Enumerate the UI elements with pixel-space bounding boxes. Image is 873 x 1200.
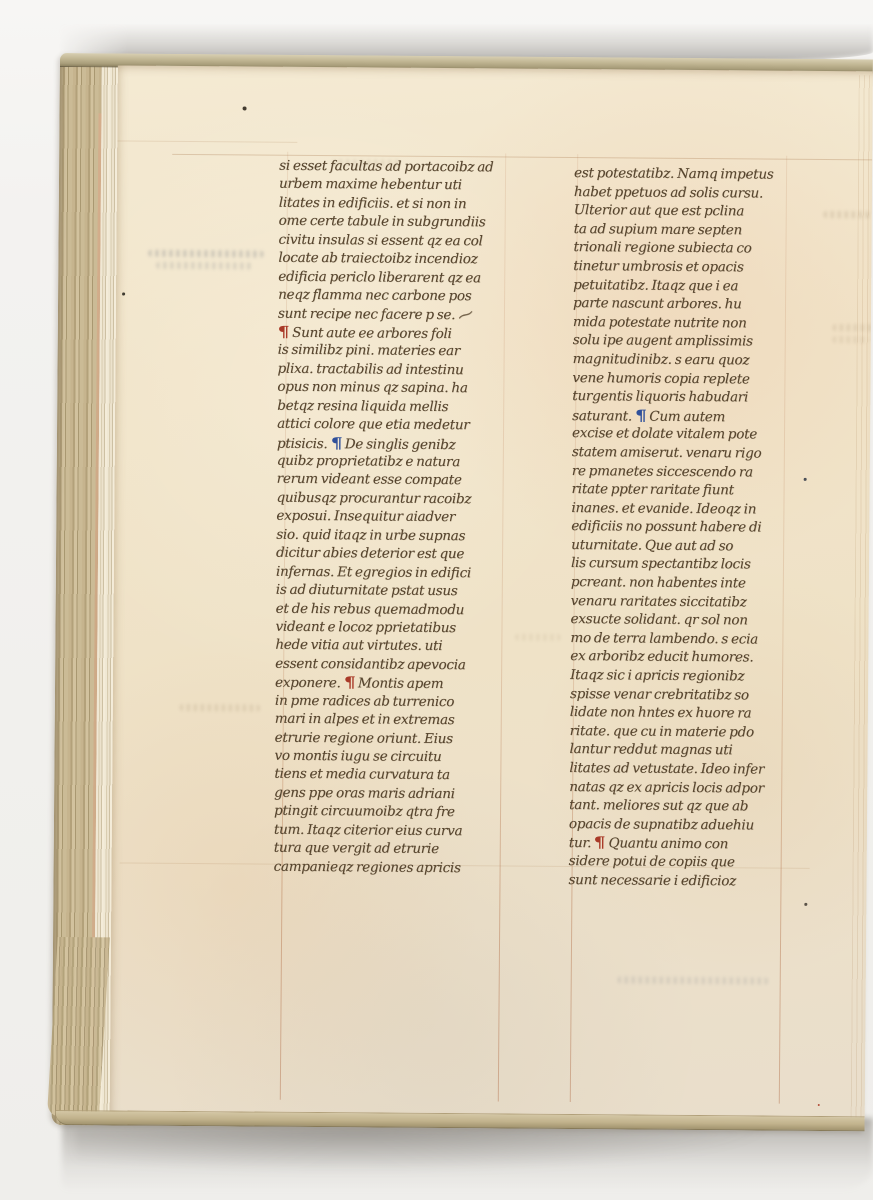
manuscript-text-line: edificiis no possunt habere di xyxy=(571,517,817,538)
manuscript-text-line: neqz flamma nec carbone pos xyxy=(278,286,514,306)
manuscript-text-line: rerum videant esse compate xyxy=(277,470,513,490)
text-segment: et de his rebus quemadmodu xyxy=(276,600,465,617)
text-segment: si esset facultas ad portacoibz ad xyxy=(279,158,493,176)
text-segment: ta ad supium mare septen xyxy=(574,221,742,238)
manuscript-text-line: opus non minus qz sapina. ha xyxy=(277,378,513,398)
manuscript-text-line: tum. Itaqz citerior eius curva xyxy=(274,820,510,840)
manuscript-text-line: statem amiserut. venaru rigo xyxy=(572,443,818,464)
text-segment: mari in alpes et in extremas xyxy=(275,711,455,728)
manuscript-text-line: infernas. Et egregios in edifici xyxy=(276,562,512,582)
text-segment: is ad diuturnitate pstat usus xyxy=(276,582,458,599)
manuscript-text-line: petuitatibz. Itaqz que i ea xyxy=(573,276,819,297)
manuscript-text-line: est potestatibz. Namq impetus xyxy=(574,164,820,185)
manuscript-text-line: tant. meliores sut qz que ab xyxy=(569,796,815,817)
manuscript-text-line: civitu insulas si essent qz ea col xyxy=(278,230,514,250)
manuscript-book: si esset facultas ad portacoibz adurbem … xyxy=(52,53,873,1131)
rubric-pilcrow-red: ¶ xyxy=(278,323,290,342)
text-segment: tur. xyxy=(569,835,595,851)
manuscript-text-line: is similibz pini. materies ear xyxy=(278,341,514,361)
manuscript-text-line: ex arboribz educit humores. xyxy=(570,647,816,668)
manuscript-text-line: betqz resina liquida mellis xyxy=(277,396,513,416)
text-segment: campanieqz regiones apricis xyxy=(274,858,461,875)
manuscript-text-line: turgentis liquoris habudari xyxy=(572,387,818,408)
manuscript-text-line: in pme radices ab turrenico xyxy=(275,691,511,711)
text-segment: mida potestate nutrite non xyxy=(573,314,747,331)
text-segment: ritate ppter raritate fiunt xyxy=(572,481,734,498)
showthrough-smudge xyxy=(515,634,560,641)
manuscript-text-line: saturant. ¶Cum autem xyxy=(572,406,818,427)
manuscript-text-line: re pmanetes siccescendo ra xyxy=(572,462,818,483)
text-segment: edificiis no possunt habere di xyxy=(571,518,761,535)
text-segment: essent considantibz apevocia xyxy=(275,656,466,673)
manuscript-text-line: pcreant. non habentes inte xyxy=(571,573,817,594)
manuscript-text-line: exposui. Insequitur aiadver xyxy=(276,507,512,527)
text-segment: sidere potui de copiis que xyxy=(569,853,735,870)
text-segment: is similibz pini. materies ear xyxy=(278,342,460,359)
text-segment: Montis apem xyxy=(358,676,443,693)
text-segment: quibusqz procurantur racoibz xyxy=(276,490,471,508)
manuscript-text-line: et de his rebus quemadmodu xyxy=(276,599,512,619)
text-column-left: si esset facultas ad portacoibz adurbem … xyxy=(274,157,516,878)
text-segment: est potestatibz. Namq impetus xyxy=(574,165,774,183)
manuscript-text-line: spisse venar crebritatibz so xyxy=(570,685,816,706)
manuscript-text-line: hede vitia aut virtutes. uti xyxy=(275,636,511,656)
text-segment: turgentis liquoris habudari xyxy=(572,388,748,405)
manuscript-text-line: lantur reddut magnas uti xyxy=(569,740,815,761)
text-segment: ex arboribz educit humores. xyxy=(570,648,753,665)
text-segment: neqz flamma nec carbone pos xyxy=(278,287,471,305)
book-bottom-cast-shadow-soft xyxy=(75,1128,775,1174)
manuscript-text-line: mo de terra lambendo. s ecia xyxy=(570,629,816,650)
text-segment: spisse venar crebritatibz so xyxy=(570,686,749,703)
manuscript-text-line: trionali regione subiecta co xyxy=(573,238,819,259)
text-segment: litates in edificiis. et si non in xyxy=(279,195,467,212)
manuscript-text-line: sidere potui de copiis que xyxy=(569,852,815,873)
text-segment: ptingit circuumoibz qtra fre xyxy=(274,803,455,820)
text-segment: hede vitia aut virtutes. uti xyxy=(275,637,442,654)
manuscript-text-line: ta ad supium mare septen xyxy=(574,220,820,241)
text-segment: Cum autem xyxy=(649,408,725,425)
manuscript-text-line: sio. quid itaqz in urbe supnas xyxy=(276,525,512,545)
manuscript-text-line: gens ppe oras maris adriani xyxy=(274,784,510,804)
ink-speck xyxy=(122,292,125,295)
museum-photo-backdrop: si esset facultas ad portacoibz adurbem … xyxy=(0,0,873,1200)
text-segment: mo de terra lambendo. s ecia xyxy=(570,630,758,647)
text-segment: tant. meliores sut qz que ab xyxy=(569,797,748,814)
text-segment: venaru raritates siccitatibz xyxy=(571,593,747,610)
text-segment: lis cursum spectantibz locis xyxy=(571,555,751,572)
manuscript-text-line: opacis de supnatibz aduehiu xyxy=(569,815,815,836)
text-segment: attici colore que etia medetur xyxy=(277,416,470,434)
text-segment: tum. Itaqz citerior eius curva xyxy=(274,821,463,838)
text-segment: rerum videant esse compate xyxy=(277,471,462,488)
manuscript-text-line: ptisicis. ¶De singlis genibz xyxy=(277,433,513,453)
manuscript-text-line: ritate. que cu in materie pdo xyxy=(570,722,816,743)
text-segment: parte nascunt arbores. hu xyxy=(573,295,742,312)
text-segment: Sunt aute ee arbores foli xyxy=(292,325,452,342)
text-segment: inanes. et evanide. Ideoqz in xyxy=(571,500,756,517)
manuscript-text-line: magnitudinibz. s earu quoz xyxy=(573,350,819,371)
manuscript-text-line: sunt recipe nec facere p se.~ xyxy=(278,304,514,324)
text-column-right: est potestatibz. Namq impetushabet ppetu… xyxy=(568,164,820,891)
horizontal-ruling-line xyxy=(117,140,297,142)
showthrough-smudge xyxy=(180,704,260,712)
manuscript-text-line: tiens et media curvatura ta xyxy=(274,765,510,785)
text-segment: gens ppe oras maris adriani xyxy=(274,785,455,802)
text-segment: vene humoris copia replete xyxy=(572,370,749,387)
manuscript-text-line: ptingit circuumoibz qtra fre xyxy=(274,802,510,822)
text-segment: vo montis iugu se circuitu xyxy=(274,748,441,765)
text-segment: locate ab traiectoibz incendioz xyxy=(278,250,477,268)
text-segment: plixa. tractabilis ad intestinu xyxy=(277,361,463,378)
text-segment: saturant. xyxy=(572,408,635,424)
rubric-pilcrow-red: ¶ xyxy=(343,673,355,692)
page-stack-corner xyxy=(47,937,110,1117)
text-segment: infernas. Et egregios in edifici xyxy=(276,563,471,581)
text-segment: petuitatibz. Itaqz que i ea xyxy=(573,277,738,294)
text-segment: lidate non hntes ex huore ra xyxy=(570,704,752,721)
text-segment: quibz proprietatibz e natura xyxy=(277,453,460,470)
text-segment: etrurie regione oriunt. Eius xyxy=(275,729,453,746)
manuscript-text-line: is ad diuturnitate pstat usus xyxy=(276,581,512,601)
text-segment: litates ad vetustate. Ideo infer xyxy=(569,760,764,778)
manuscript-text-line: exsucte solidant. qr sol non xyxy=(570,610,816,631)
manuscript-text-line: quibusqz procurantur racoibz xyxy=(276,489,512,509)
manuscript-text-line: Ulterior aut que est pclina xyxy=(574,201,820,222)
manuscript-text-line: mari in alpes et in extremas xyxy=(275,710,511,730)
manuscript-text-line: ome certe tabule in subgrundiis xyxy=(279,212,515,232)
manuscript-text-line: ¶Sunt aute ee arbores foli xyxy=(278,323,514,343)
ink-speck xyxy=(804,903,807,906)
text-segment: Quantu animo con xyxy=(608,836,728,853)
text-segment: videant e locoz pprietatibus xyxy=(275,619,456,636)
text-segment: ritate. que cu in materie pdo xyxy=(570,723,754,740)
text-segment: Itaqz sic i apricis regionibz xyxy=(570,667,744,684)
manuscript-text-line: videant e locoz pprietatibus xyxy=(275,618,511,638)
manuscript-text-line: litates ad vetustate. Ideo infer xyxy=(569,759,815,780)
text-segment: sunt recipe nec facere p se. xyxy=(278,305,455,322)
text-segment: natas qz ex apricis locis adpor xyxy=(569,779,764,797)
manuscript-text-line: attici colore que etia medetur xyxy=(277,415,513,435)
horizontal-ruling-line xyxy=(172,154,872,160)
text-segment: civitu insulas si essent qz ea col xyxy=(278,231,482,249)
text-segment: tinetur umbrosis et opacis xyxy=(573,258,743,275)
manuscript-text-line: edificia periclo liberarent qz ea xyxy=(278,267,514,287)
text-segment: excise et dolate vitalem pote xyxy=(572,425,757,442)
text-segment: tiens et media curvatura ta xyxy=(274,766,450,783)
manuscript-text-line: parte nascunt arbores. hu xyxy=(573,294,819,315)
manuscript-text-line: tur. ¶Quantu animo con xyxy=(569,833,815,854)
text-segment: sio. quid itaqz in urbe supnas xyxy=(276,526,465,543)
text-segment: opus non minus qz sapina. ha xyxy=(277,379,467,396)
text-segment: trionali regione subiecta co xyxy=(573,239,751,256)
text-segment: De singlis genibz xyxy=(345,436,456,453)
rubric-pilcrow-blue: ¶ xyxy=(635,406,647,425)
text-segment: habet ppetuos ad solis cursu. xyxy=(574,184,763,201)
manuscript-text-line: ritate ppter raritate fiunt xyxy=(572,480,818,501)
text-segment: statem amiserut. venaru rigo xyxy=(572,444,762,461)
text-segment: exsucte solidant. qr sol non xyxy=(571,611,748,628)
text-segment: re pmanetes siccescendo ra xyxy=(572,463,753,480)
text-segment: pcreant. non habentes inte xyxy=(571,574,746,591)
text-segment: uturnitate. Que aut ad so xyxy=(571,537,733,554)
rubric-pilcrow-red: ¶ xyxy=(594,834,606,853)
manuscript-text-line: lidate non hntes ex huore ra xyxy=(570,703,816,724)
manuscript-text-line: inanes. et evanide. Ideoqz in xyxy=(571,499,817,520)
text-segment: edificia periclo liberarent qz ea xyxy=(278,268,481,286)
text-segment: dicitur abies deterior est que xyxy=(276,545,464,562)
manuscript-text-line: vo montis iugu se circuitu xyxy=(274,747,510,767)
manuscript-text-line: excise et dolate vitalem pote xyxy=(572,424,818,445)
text-segment: exposui. Insequitur aiadver xyxy=(276,508,455,525)
ink-speck xyxy=(243,106,247,110)
text-segment: sunt necessarie i edificioz xyxy=(568,872,736,889)
manuscript-text-line: venaru raritates siccitatibz xyxy=(571,592,817,613)
text-segment: betqz resina liquida mellis xyxy=(277,397,448,414)
text-segment: in pme radices ab turrenico xyxy=(275,692,454,709)
manuscript-text-line: sunt necessarie i edificioz xyxy=(568,871,814,892)
text-segment: tura que vergit ad etrurie xyxy=(274,840,439,857)
manuscript-text-line: plixa. tractabilis ad intestinu xyxy=(277,360,513,380)
manuscript-text-line: exponere. ¶Montis apem xyxy=(275,673,511,693)
text-segment: lantur reddut magnas uti xyxy=(569,741,732,758)
manuscript-text-line: lis cursum spectantibz locis xyxy=(571,554,817,575)
text-segment: urbem maxime hebentur uti xyxy=(279,176,462,193)
manuscript-text-line: etrurie regione oriunt. Eius xyxy=(275,728,511,748)
showthrough-smudge xyxy=(148,250,263,258)
right-page-edge-showing xyxy=(851,75,873,1119)
manuscript-text-line: litates in edificiis. et si non in xyxy=(279,194,515,214)
manuscript-text-line: mida potestate nutrite non xyxy=(573,313,819,334)
showthrough-smudge xyxy=(618,976,768,984)
ink-speck xyxy=(818,1104,820,1106)
text-segment: exponere. xyxy=(275,675,344,692)
manuscript-text-line: campanieqz regiones apricis xyxy=(274,857,510,877)
manuscript-text-line: dicitur abies deterior est que xyxy=(276,544,512,564)
manuscript-text-line: natas qz ex apricis locis adpor xyxy=(569,778,815,799)
text-segment: solu ipe augent amplissimis xyxy=(573,332,753,349)
manuscript-text-line: uturnitate. Que aut ad so xyxy=(571,536,817,557)
parchment-page: si esset facultas ad portacoibz adurbem … xyxy=(110,65,873,1119)
showthrough-smudge xyxy=(156,262,251,270)
rubric-pilcrow-blue: ¶ xyxy=(330,434,342,453)
manuscript-text-line: tinetur umbrosis et opacis xyxy=(573,257,819,278)
manuscript-text-line: si esset facultas ad portacoibz ad xyxy=(279,157,515,177)
text-segment: ome certe tabule in subgrundiis xyxy=(279,213,486,231)
manuscript-text-line: quibz proprietatibz e natura xyxy=(277,452,513,472)
manuscript-text-line: essent considantibz apevocia xyxy=(275,655,511,675)
manuscript-text-line: locate ab traiectoibz incendioz xyxy=(278,249,514,269)
manuscript-text-line: solu ipe augent amplissimis xyxy=(573,331,819,352)
manuscript-text-line: tura que vergit ad etrurie xyxy=(274,839,510,859)
manuscript-text-line: habet ppetuos ad solis cursu. xyxy=(574,183,820,204)
text-segment: Ulterior aut que est pclina xyxy=(574,202,744,219)
manuscript-text-line: Itaqz sic i apricis regionibz xyxy=(570,666,816,687)
text-segment: magnitudinibz. s earu quoz xyxy=(573,351,750,368)
manuscript-text-line: urbem maxime hebentur uti xyxy=(279,175,515,195)
text-segment: opacis de supnatibz aduehiu xyxy=(569,816,754,833)
manuscript-text-line: vene humoris copia replete xyxy=(572,369,818,390)
text-segment: ptisicis. xyxy=(277,435,331,451)
